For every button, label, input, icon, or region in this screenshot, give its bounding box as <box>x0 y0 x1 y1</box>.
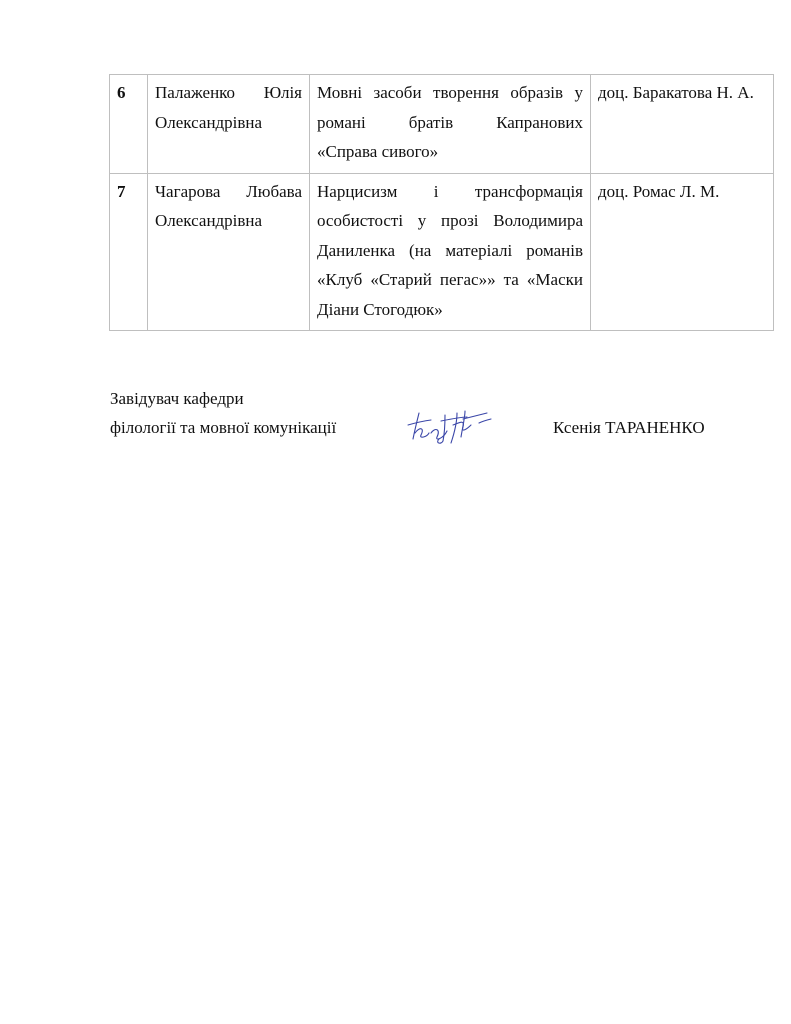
topic-line: Нарцисизм і трансформація <box>317 177 583 207</box>
student-name-line: Олександрівна <box>155 108 302 138</box>
topic-line: Даниленка (на матеріалі романів <box>317 236 583 266</box>
topic-line: Діани Стогодюк» <box>317 295 583 325</box>
topic-line: особистості у прозі Володимира <box>317 206 583 236</box>
row-number: 6 <box>110 75 148 174</box>
topic-line: «Клуб «Старий пегас»» та «Маски <box>317 265 583 295</box>
document-page: 6 Палаженко Юлія Олександрівна Мовні зас… <box>0 0 791 1024</box>
topic-line: «Справа сивого» <box>317 137 583 167</box>
row-number: 7 <box>110 173 148 331</box>
student-name: Чагарова Любава Олександрівна <box>148 173 310 331</box>
signature-icon <box>405 407 495 447</box>
topic-line: романі братів Капранових <box>317 108 583 138</box>
supervisor: доц. Ромас Л. М. <box>591 173 774 331</box>
topic-line: Мовні засоби творення образів у <box>317 78 583 108</box>
supervisor: доц. Баракатова Н. А. <box>591 75 774 174</box>
table-row: 7 Чагарова Любава Олександрівна Нарцисиз… <box>110 173 774 331</box>
thesis-topic: Мовні засоби творення образів у романі б… <box>310 75 591 174</box>
student-name-line: Олександрівна <box>155 206 302 236</box>
student-name-line: Чагарова Любава <box>155 177 302 207</box>
table-row: 6 Палаженко Юлія Олександрівна Мовні зас… <box>110 75 774 174</box>
signer-name: Ксенія ТАРАНЕНКО <box>553 413 705 442</box>
thesis-topics-table: 6 Палаженко Юлія Олександрівна Мовні зас… <box>109 74 774 331</box>
thesis-topic: Нарцисизм і трансформація особистості у … <box>310 173 591 331</box>
student-name-line: Палаженко Юлія <box>155 78 302 108</box>
student-name: Палаженко Юлія Олександрівна <box>148 75 310 174</box>
